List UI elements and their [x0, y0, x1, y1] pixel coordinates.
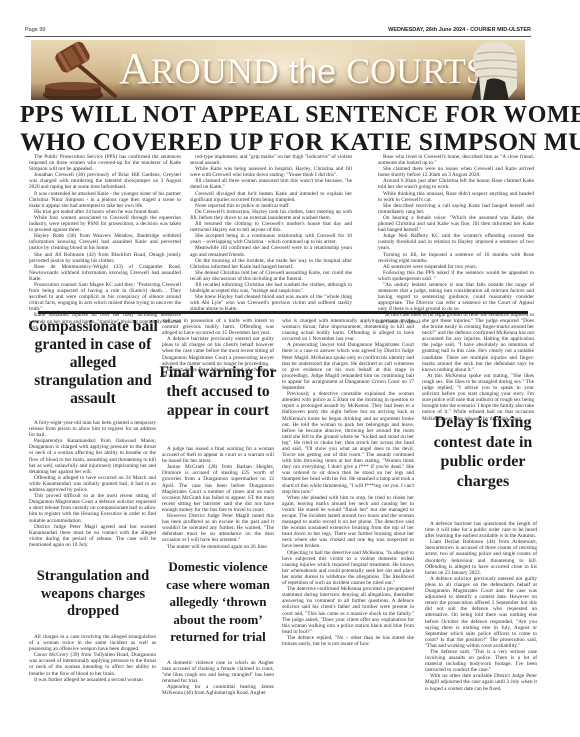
- strangulation-body: All charges in a case involving the alle…: [29, 634, 156, 683]
- section-divider: [38, 311, 528, 314]
- domestic-violence-body-continued: who is charged with intentionally applyi…: [282, 318, 414, 647]
- domestic-violence-body-continued-2: she got these injuries." The judge enqui…: [422, 318, 534, 422]
- lead-headline-line1: PPS WILL NOT APPEAL SENTENCE FOR WOMEN: [20, 102, 560, 129]
- publication-date-line: WEDNESDAY, 26th June 2024 - COURIER MID-…: [388, 27, 531, 33]
- final-warning-headline: Final warning for theft accused to appea…: [158, 363, 278, 420]
- delay-contest-body: A defence barrister has questioned the l…: [425, 521, 537, 692]
- gavel-icon: [43, 40, 123, 100]
- domestic-violence-headline: Domestic violence case where woman alleg…: [158, 558, 278, 646]
- lead-story-column-2: rod-type implement, and "grip marks" on …: [190, 154, 352, 312]
- delay-contest-headline: Delay is fixing contest date in public o…: [428, 413, 538, 491]
- compassionate-bail-body: A forty-eight-year-old man has been gran…: [29, 420, 156, 548]
- domestic-violence-body: A domestic violence case in which an Aug…: [162, 660, 274, 697]
- banner-title: AROUND the COURTS: [119, 44, 459, 97]
- lead-story-column-3: Rose who lived in Creswell's home, descr…: [378, 154, 534, 325]
- lead-story-column-1: The Public Prosecution Service (PPS) has…: [29, 154, 181, 331]
- compassionate-bail-headline: Compassionate bail granted in case of al…: [28, 318, 158, 408]
- around-the-courts-banner: AROUND the COURTS: [31, 40, 525, 100]
- page-header: Page 99 WEDNESDAY, 26th June 2024 - COUR…: [25, 27, 531, 37]
- page-number: Page 99: [25, 27, 46, 33]
- judge-wig-icon: [465, 40, 521, 100]
- strangulation-headline: Strangulation and weapons charges droppe…: [28, 568, 158, 621]
- final-warning-body: A judge has issued a final warning for a…: [162, 446, 274, 550]
- lead-headline-line2: WHO COVERED UP FOR KATIE SIMPSON MURDERE…: [20, 127, 560, 157]
